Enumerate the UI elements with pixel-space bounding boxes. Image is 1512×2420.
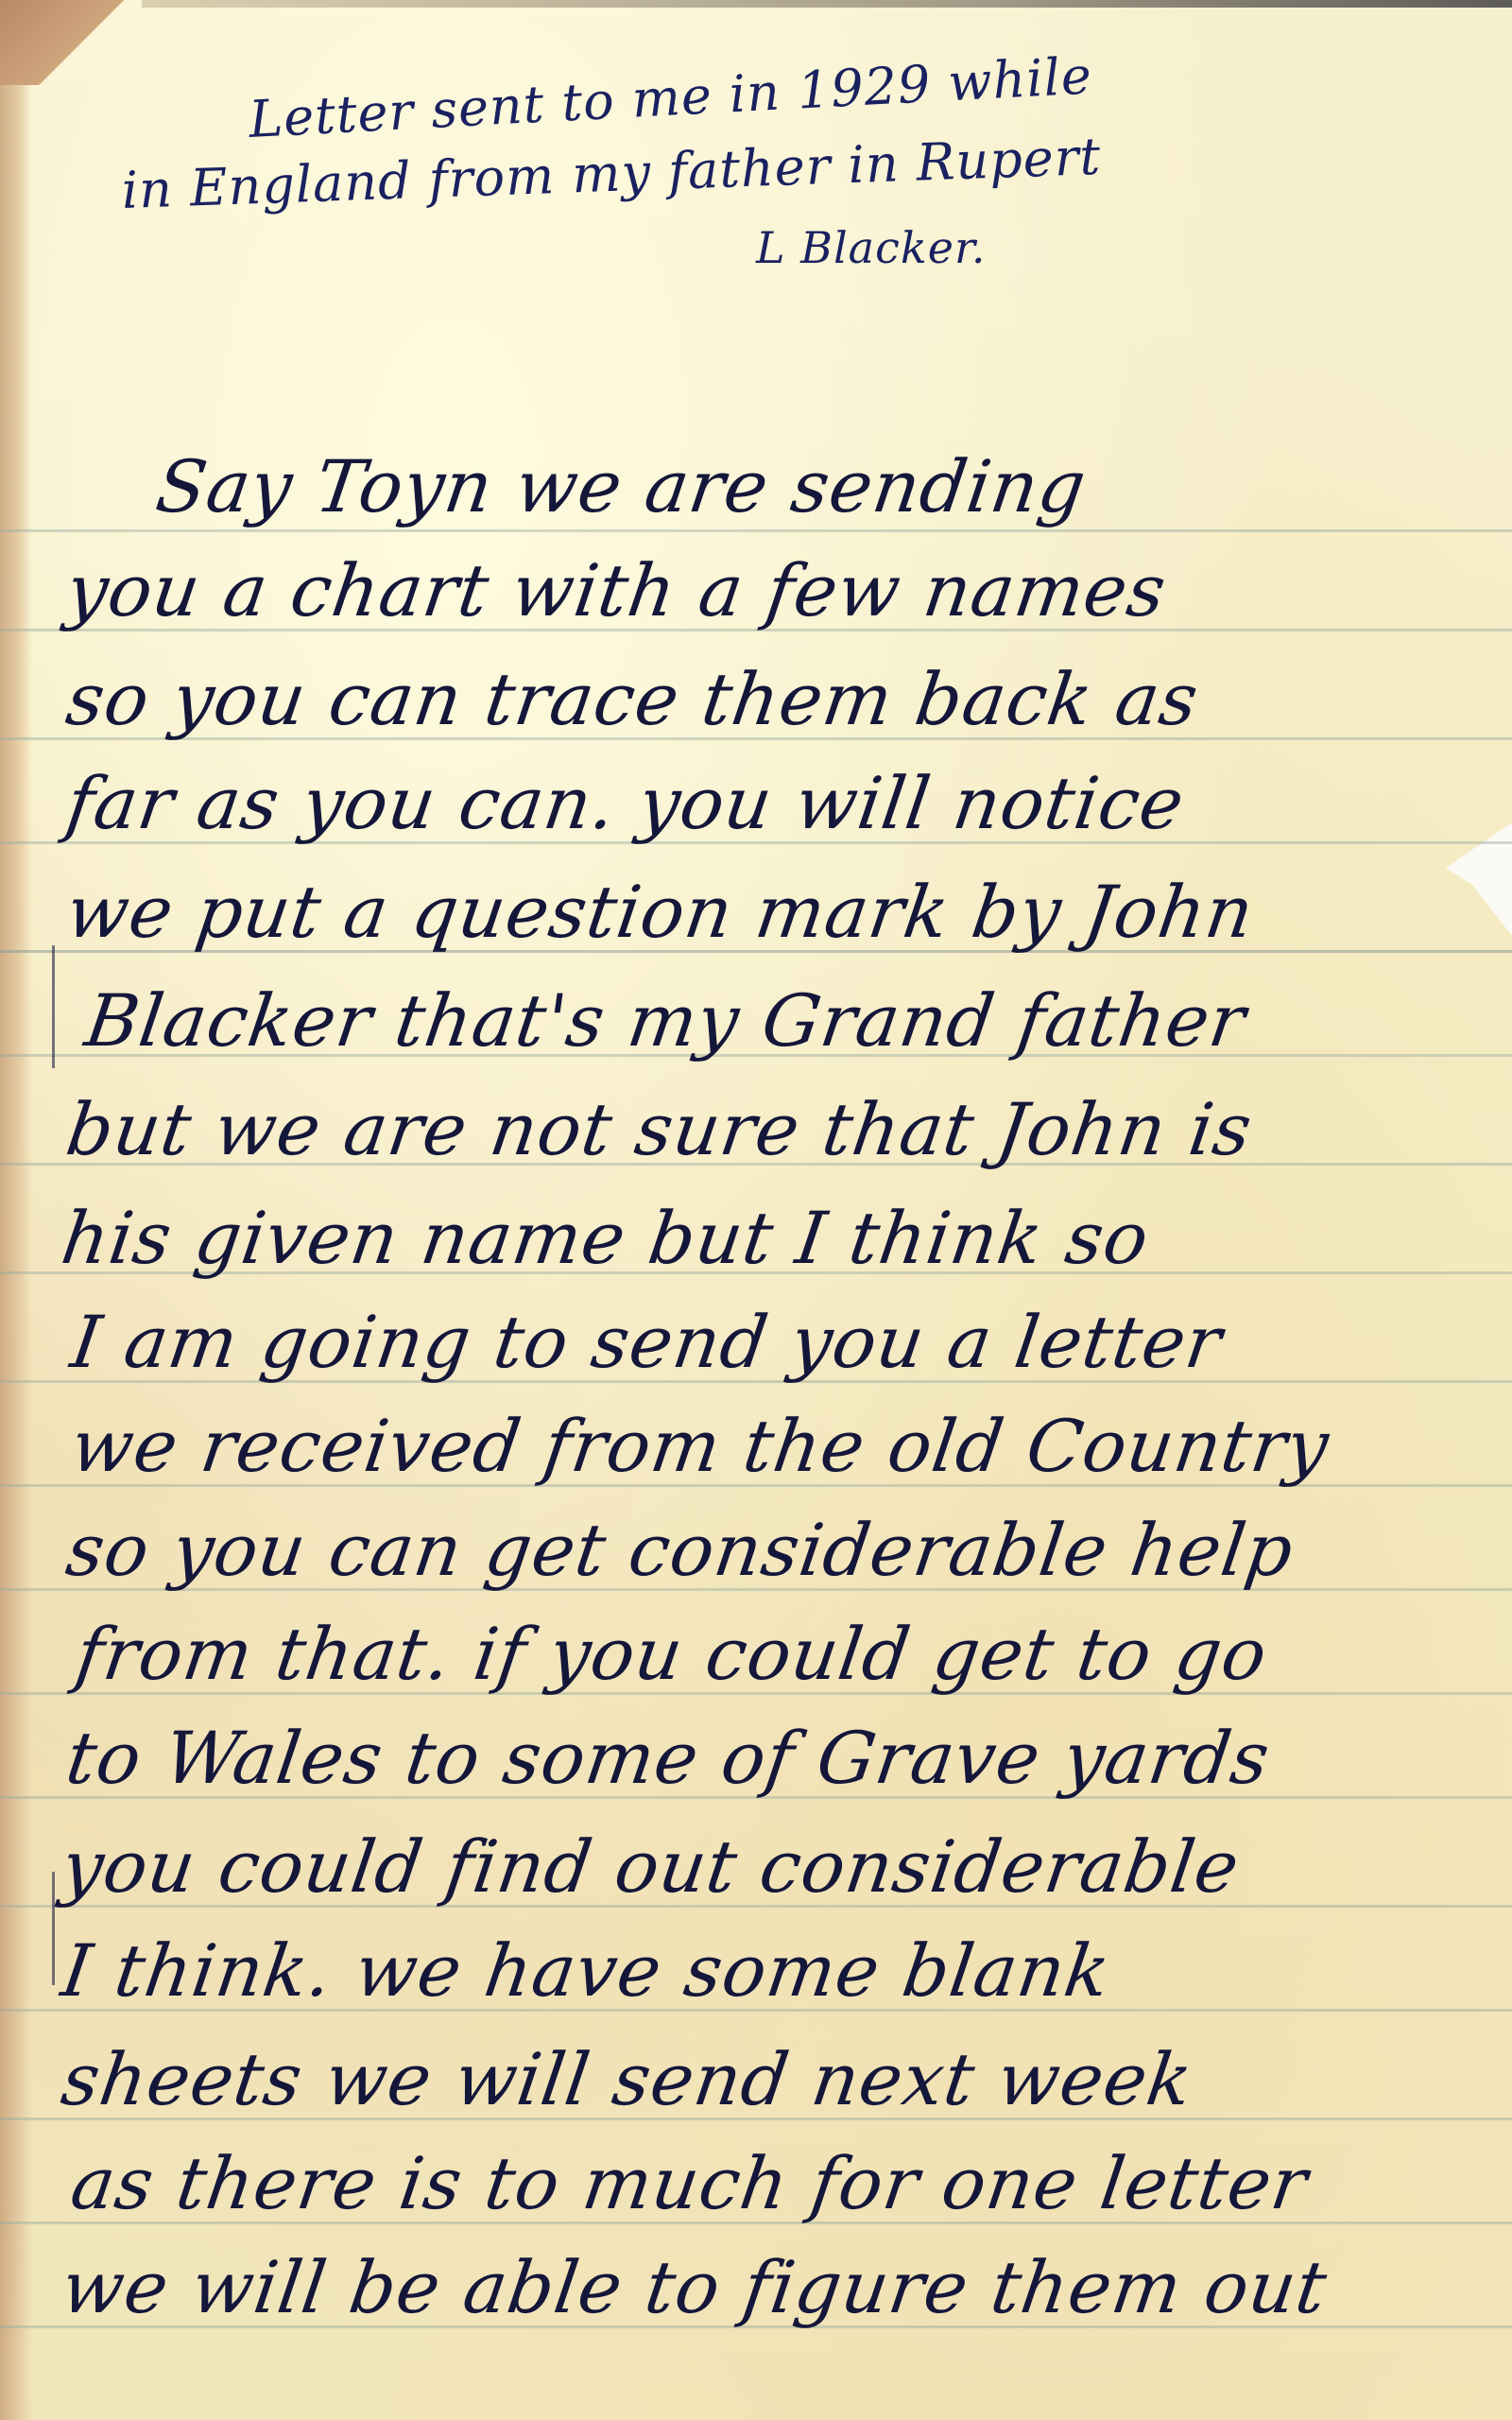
body-line-6: Blacker that's my Grand father — [80, 978, 1251, 1063]
scan-top-edge — [142, 0, 1512, 8]
body-line-13: to Wales to some of Grave yards — [61, 1716, 1275, 1800]
body-line-8: his given name but I think so — [57, 1196, 1155, 1280]
body-line-16: sheets we will send next week — [57, 2037, 1198, 2121]
ruled-line — [0, 529, 1512, 532]
torn-edge-notch — [1446, 822, 1512, 936]
letter-page: Letter sent to me in 1929 while in Engla… — [0, 0, 1512, 2420]
folded-corner — [0, 0, 161, 85]
ink-stroke — [52, 945, 55, 1068]
body-line-2: you a chart with a few names — [61, 548, 1172, 632]
body-line-15: I think. we have some blank — [57, 1928, 1116, 2013]
body-line-9: I am going to send you a letter — [66, 1300, 1228, 1384]
body-line-12: from that. if you could get to go — [71, 1612, 1273, 1696]
header-note-signature: L Blacker. — [756, 222, 987, 273]
body-line-10: we received from the old Country — [66, 1404, 1334, 1488]
body-line-4: far as you can. you will notice — [61, 761, 1190, 845]
body-line-11: so you can get considerable help — [61, 1508, 1298, 1592]
ink-stroke — [52, 1872, 55, 1985]
body-line-14: you could find out considerable — [57, 1824, 1245, 1909]
paper-edge-stain — [0, 0, 32, 2420]
body-line-18: we will be able to figure them out — [57, 2245, 1332, 2329]
body-line-3: so you can trace them back as — [61, 657, 1204, 741]
body-line-7: but we are not sure that John is — [61, 1087, 1258, 1171]
body-line-1: Say Toyn we are sending — [151, 444, 1091, 528]
body-line-5: we put a question mark by John — [61, 870, 1260, 954]
body-line-17: as there is to much for one letter — [66, 2141, 1313, 2225]
